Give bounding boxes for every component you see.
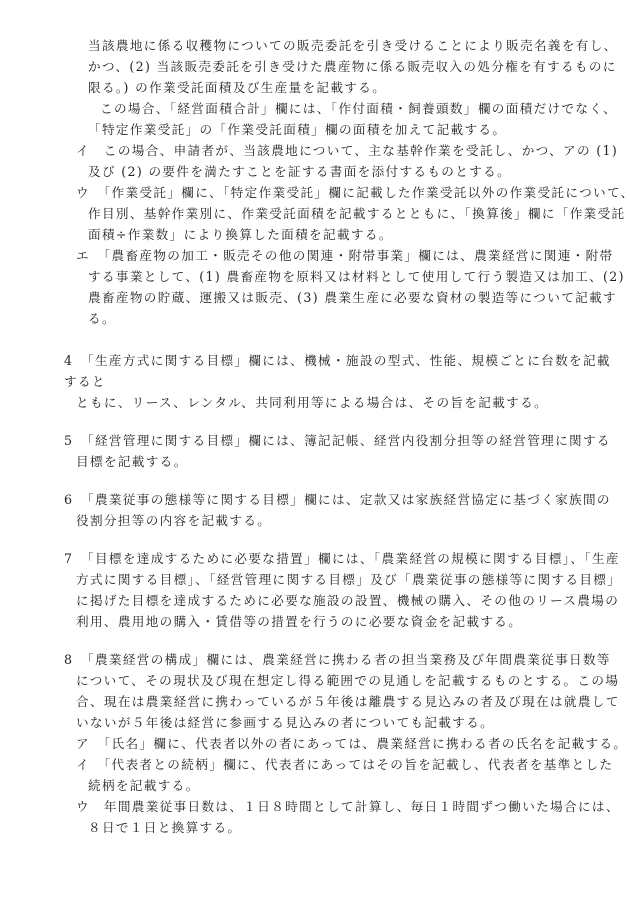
text-line: 6 「農業従事の態様等に関する目標」欄には、定款又は家族経営協定に基づく家族間の: [64, 492, 611, 508]
text-line: この場合、「経営面積合計」欄には、「作付面積・飼養頭数」欄の面積だけでなく、: [100, 101, 617, 117]
text-line: 7 「目標を達成するために必要な措置」欄には、「農業経営の規模に関する目標」、「…: [64, 551, 620, 567]
text-line: いないが５年後は経営に参画する見込みの者についても記載する。: [76, 715, 494, 731]
text-line: すると: [64, 374, 106, 390]
text-line: 方式に関する目標」、「経営管理に関する目標」及び「農業従事の態様等に関する目標」: [76, 572, 621, 588]
text-line: エ 「農畜産物の加工・販売その他の関連・附帯事業」欄には、農業経営に関連・附帯: [76, 248, 614, 264]
text-line: イ この場合、申請者が、当該農地について、主な基幹作業を受託し、かつ、アの (1…: [76, 143, 618, 159]
text-line: 面積÷作業数」により換算した面積を記載する。: [88, 227, 393, 243]
text-line: ア 「氏名」欄に、代表者以外の者にあっては、農業経営に携わる者の氏名を記載する。: [76, 736, 627, 752]
text-line: 4 「生産方式に関する目標」欄には、機械・施設の型式、性能、規模ごとに台数を記載: [64, 353, 611, 369]
text-line: イ 「代表者との続柄」欄に、代表者にあってはその旨を記載し、代表者を基準とした: [76, 757, 613, 773]
text-line: について、その現状及び現在想定し得る範囲での見通しを記載するものとする。この場: [76, 673, 619, 689]
text-line: 合、現在は農業経営に携わっているが５年後は離農する見込みの者及び現在は就農して: [76, 694, 620, 710]
text-line: 役割分担等の内容を記載する。: [76, 513, 271, 529]
text-line: 当該農地に係る収穫物についての販売委託を引き受けることにより販売名義を有し、: [88, 38, 618, 54]
text-line: する事業として、(1) 農畜産物を原料又は材料として使用して行う製造又は加工、(…: [88, 269, 625, 285]
text-line: 8 「農業経営の構成」欄には、農業経営に携わる者の担当業務及び年間農業従事日数等: [64, 652, 611, 668]
text-line: 続柄を記載する。: [88, 778, 200, 794]
text-line: る。: [88, 311, 116, 327]
text-line: 及び (2) の要件を満たすことを証する書面を添付するものとする。: [88, 164, 511, 180]
text-line: ともに、リース、レンタル、共同利用等による場合は、その旨を記載する。: [76, 395, 548, 411]
text-line: 5 「経営管理に関する目標」欄には、簿記記帳、経営内役割分担等の経営管理に関する: [64, 433, 611, 449]
text-line: に掲げた目標を達成するために必要な施設の設置、機械の購入、その他のリース農場の: [76, 593, 619, 609]
text-line: ウ 「作業受託」欄に、「特定作業受託」欄に記載した作業受託以外の作業受託について…: [76, 185, 630, 201]
text-line: かつ、(2) 当該販売委託を引き受けた農産物に係る販売収入の処分権を有するものに: [88, 59, 617, 75]
text-line: 農畜産物の貯蔵、運搬又は販売、(3) 農業生産に必要な資材の製造等について記載す: [88, 290, 617, 306]
text-line: 「特定作業受託」の「作業受託面積」欄の面積を加えて記載する。: [88, 122, 506, 138]
text-line: 目標を記載する。: [76, 454, 188, 470]
text-line: ８日で１日と換算する。: [88, 820, 241, 836]
text-line: 限る。) の作業受託面積及び生産量を記載する。: [88, 80, 386, 96]
text-line: ウ 年間農業従事日数は、１日８時間として計算し、毎日１時間ずつ働いた場合には、: [76, 799, 620, 815]
text-line: 作目別、基幹作業別に、作業受託面積を記載するとともに、「換算後」欄に「作業受託: [88, 206, 626, 222]
text-line: 利用、農用地の購入・賃借等の措置を行うのに必要な資金を記載する。: [76, 614, 522, 630]
